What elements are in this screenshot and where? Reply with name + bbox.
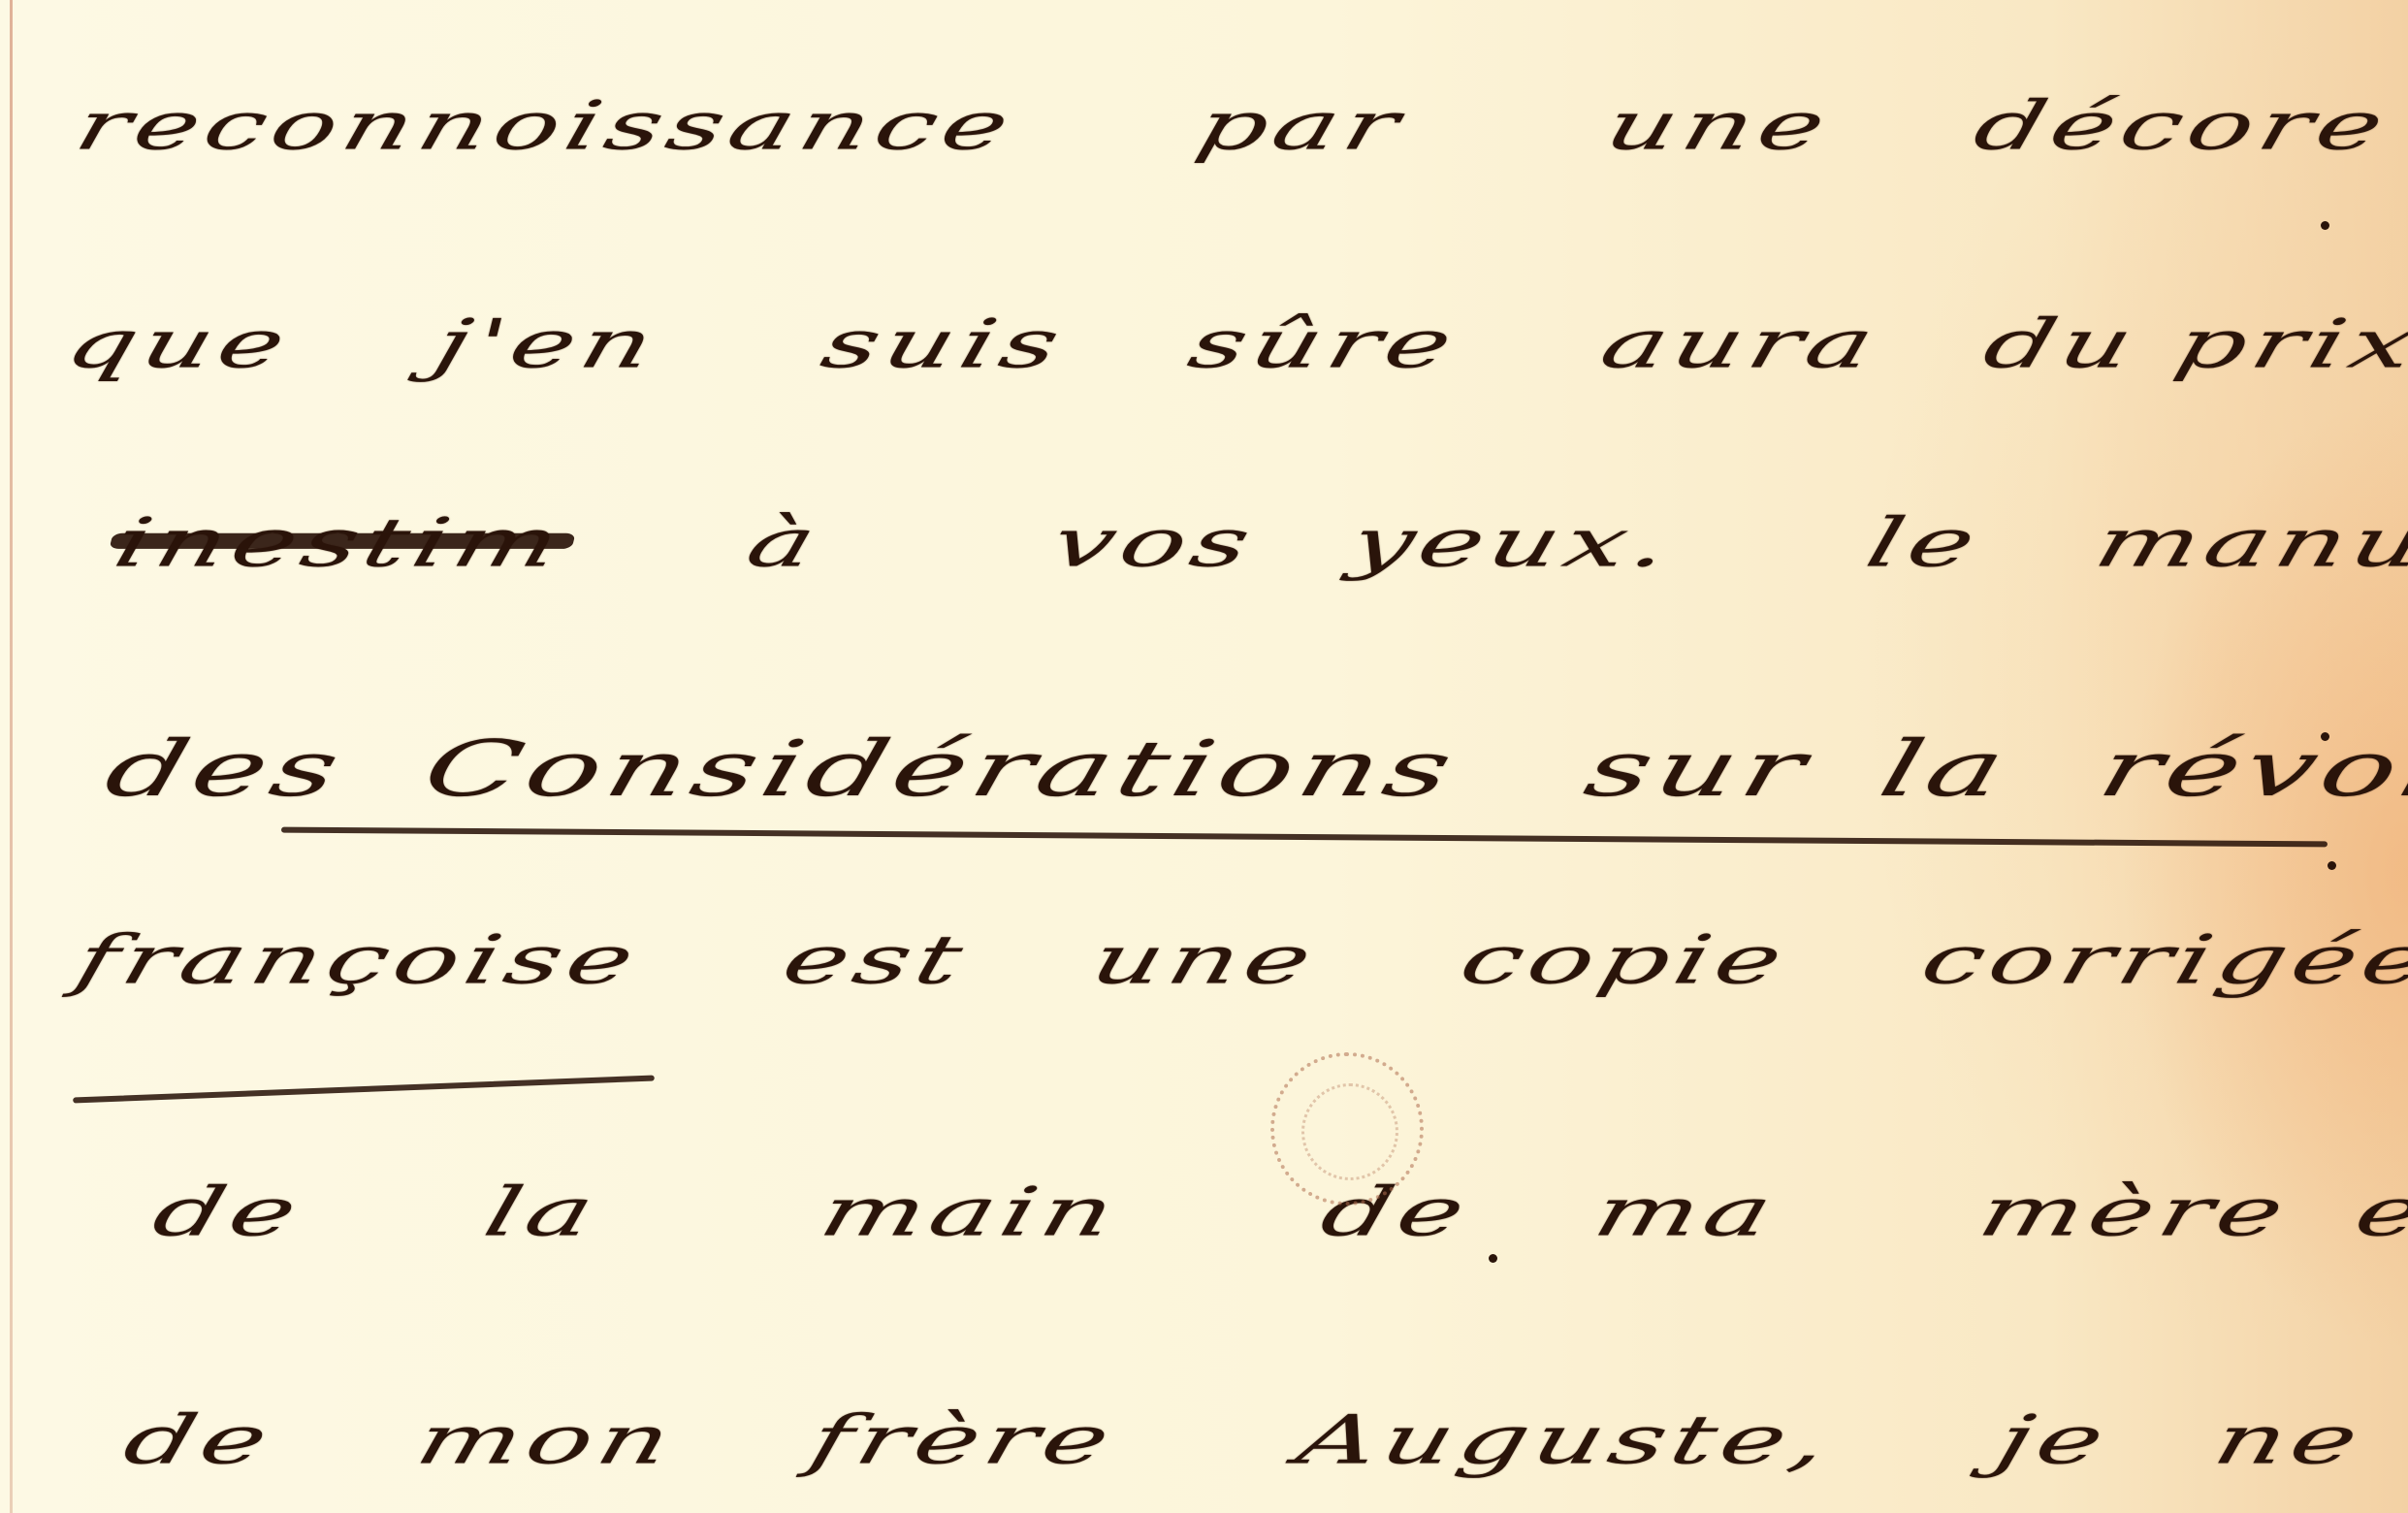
left-margin-rule xyxy=(10,0,13,1513)
word: du prix xyxy=(1976,305,2408,383)
word: révolution xyxy=(2091,724,2408,814)
ink-dot xyxy=(1489,1254,1497,1263)
word: je xyxy=(1989,1400,2118,1479)
ink-dot xyxy=(2321,221,2329,230)
word: est xyxy=(775,920,976,999)
word: de xyxy=(116,1400,281,1479)
word: mon xyxy=(409,1400,685,1479)
manuscript-line-5: françoise est une copie corrigée xyxy=(68,920,2408,999)
word: décore xyxy=(1967,86,2397,165)
word: vos xyxy=(1044,503,1264,582)
title-underline xyxy=(281,827,2328,848)
manuscript-line-6: de la main de ma mère et xyxy=(145,1173,2408,1251)
word: la xyxy=(1872,724,2019,814)
manuscript-line-7: de mon frère Auguste, je ne viens xyxy=(116,1400,2408,1479)
word: copie xyxy=(1453,920,1796,999)
word: à xyxy=(739,503,829,582)
word: par xyxy=(1189,86,1412,165)
word: Considérations xyxy=(415,724,1466,814)
word: manuscrit xyxy=(2087,503,2408,582)
word: sûre xyxy=(1181,305,1466,383)
word: que xyxy=(58,305,299,383)
library-stamp xyxy=(1270,1052,1424,1206)
word: main xyxy=(813,1173,1128,1251)
word: ne xyxy=(2206,1400,2372,1479)
word: corrigée xyxy=(1913,920,2408,999)
word: ma xyxy=(1587,1173,1785,1251)
word: sur xyxy=(1577,724,1819,814)
word: reconnoissance xyxy=(68,86,1022,165)
ink-dot xyxy=(2321,732,2329,741)
ink-dot xyxy=(2328,861,2336,870)
manuscript-line-2: que j'en suis sûre aura du prix xyxy=(58,305,2408,383)
word: et xyxy=(2347,1173,2408,1251)
word: de xyxy=(145,1173,310,1251)
word: aura xyxy=(1593,305,1887,383)
manuscript-line-1: reconnoissance par une décore xyxy=(68,86,2408,165)
manuscript-line-3: inestim à vos yeux. le manuscrit xyxy=(107,503,2408,582)
word: Auguste, xyxy=(1290,1400,1842,1479)
library-stamp-inner-ring xyxy=(1301,1083,1398,1180)
word: françoise xyxy=(68,920,648,999)
word: yeux. xyxy=(1343,503,1684,582)
word: mère xyxy=(1972,1173,2297,1251)
word: la xyxy=(477,1173,608,1251)
struck-out-word: inestim xyxy=(107,503,573,582)
word: une xyxy=(1598,86,1840,165)
word: j'en xyxy=(427,305,667,383)
word: le xyxy=(1859,503,1989,582)
francoise-underline xyxy=(73,1075,655,1103)
word: des xyxy=(97,724,353,814)
word: une xyxy=(1084,920,1326,999)
word: frère xyxy=(802,1400,1123,1479)
manuscript-line-4: des Considérations sur la révolution xyxy=(97,724,2408,814)
word: suis xyxy=(814,305,1073,383)
